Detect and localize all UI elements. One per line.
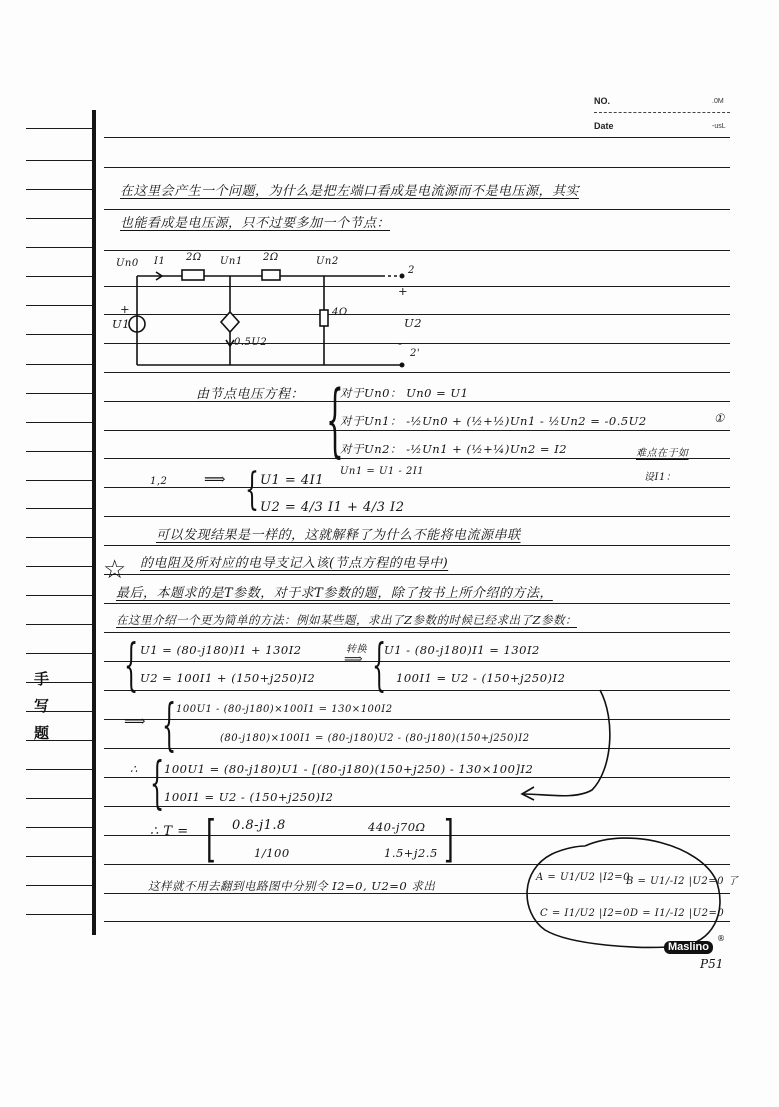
- ruled-line: [104, 372, 730, 373]
- margin-vertical-line: [92, 110, 96, 935]
- derivation-eq-1: 100U1 - (80-j180)×100I1 = 130×100I2: [176, 704, 393, 715]
- circuit-r2-label: 2Ω: [263, 252, 279, 263]
- circuit-node-un2: Un2: [316, 256, 339, 267]
- circuit-node-un1: Un1: [220, 256, 243, 267]
- margin-rule: [26, 595, 92, 596]
- discussion-line-3: 最后，本题求的是T参数，对于求T参数的题，除了按书上所介绍的方法，: [116, 582, 553, 601]
- therefore-mark: ∴: [130, 762, 138, 776]
- ruled-line: [104, 661, 730, 662]
- ruled-line: [104, 137, 730, 138]
- intro-line-2: 也能看成是电压源，只不过要多加一个节点：: [120, 212, 390, 231]
- margin-rule: [26, 885, 92, 886]
- node-eq-4: Un1 = U1 - 2I1: [340, 466, 424, 477]
- ruled-line: [104, 487, 730, 488]
- conclusion-a-def: A = U1/U2 |I2=0: [536, 872, 630, 883]
- margin-rule: [26, 914, 92, 915]
- margin-rule: [26, 653, 92, 654]
- circuit-node-un0: Un0: [116, 258, 139, 269]
- result-eq-2: U2 = 4/3 I1 + 4/3 I2: [260, 500, 404, 515]
- margin-rule: [26, 827, 92, 828]
- node-eq-2-tag: ①: [714, 411, 725, 425]
- page-number: P51: [700, 957, 723, 971]
- no-label: NO.: [594, 96, 610, 106]
- margin-rule: [26, 364, 92, 365]
- date-label: Date: [594, 121, 614, 131]
- margin-rule: [26, 624, 92, 625]
- circuit-r1-label: 2Ω: [186, 252, 202, 263]
- ruled-line: [104, 632, 730, 633]
- circuit-plus-right: +: [398, 284, 408, 298]
- ruled-line: [104, 690, 730, 691]
- ruled-line: [104, 835, 730, 836]
- node-eq-3: 对于Un2： -½Un1 + (½+¼)Un2 = I2: [340, 441, 567, 457]
- margin-rule: [26, 276, 92, 277]
- circuit-r3-label: 4Ω: [332, 307, 348, 318]
- circuit-minus-right: -: [398, 336, 402, 350]
- no-value: .0M: [712, 98, 724, 105]
- ruled-line: [104, 921, 730, 922]
- margin-rule: [26, 422, 92, 423]
- ruled-line: [104, 806, 730, 807]
- ruled-line: [104, 864, 730, 865]
- ruled-line: [104, 209, 730, 210]
- discussion-line-1: 可以发现结果是一样的，这就解释了为什么不能将电流源串联: [156, 524, 521, 543]
- ruled-line: [104, 430, 730, 431]
- transformed-eq-2: 100I1 = U2 - (150+j250)I2: [396, 671, 565, 685]
- side-note-2: 设I1：: [644, 468, 676, 483]
- t-matrix-prefix: ∴ T =: [150, 824, 189, 839]
- derivation-arrow: ⟹: [124, 712, 146, 730]
- node-eq-2: 对于Un1： -½Un0 + (½+½)Un1 - ½Un2 = -0.5U2: [340, 413, 647, 429]
- star-mark-icon: ☆: [103, 555, 126, 585]
- conclusion-d-def: D = I1/-I2 |U2=0: [630, 908, 724, 919]
- margin-rule: [26, 128, 92, 129]
- date-value: -usL: [712, 123, 726, 130]
- circuit-source-u1: U1: [112, 317, 130, 331]
- margin-rule: [26, 218, 92, 219]
- margin-rule: [26, 451, 92, 452]
- margin-rule: [26, 508, 92, 509]
- derivation-brace-2: {: [150, 756, 164, 812]
- discussion-line-2: 的电阻及所对应的电导支记入该(节点方程的电导中): [140, 552, 448, 571]
- margin-rule: [26, 769, 92, 770]
- z-eq-2: U2 = 100I1 + (150+j250)I2: [140, 671, 315, 685]
- margin-rule: [26, 856, 92, 857]
- transform-arrow: ⟹: [344, 652, 363, 667]
- ruled-line: [104, 516, 730, 517]
- t-matrix-d: 1.5+j2.5: [384, 846, 438, 860]
- circuit-port-top: 2: [408, 265, 415, 276]
- ruled-line: [104, 167, 730, 168]
- conclusion-c-def: C = I1/U2 |I2=0: [540, 908, 630, 919]
- header-dotted-rule: [594, 112, 730, 113]
- derivation-brace-1: {: [162, 698, 176, 754]
- margin-rule: [26, 247, 92, 248]
- node-eq-1: 对于Un0： Un0 = U1: [340, 385, 468, 401]
- notebook-page: NO. .0M Date -usL 手 写 题: [0, 0, 779, 1107]
- derivation-eq-3: 100U1 = (80-j180)U1 - [(80-j180)(150+j25…: [164, 762, 533, 776]
- margin-rule: [26, 189, 92, 190]
- circuit-current-i1: I1: [154, 256, 165, 267]
- margin-note-char: 题: [34, 722, 49, 743]
- circuit-port-bottom: 2': [410, 348, 420, 359]
- z-eq-brace: {: [124, 638, 138, 694]
- margin-rule: [26, 566, 92, 567]
- margin-rule: [26, 160, 92, 161]
- result-ref: 1,2: [150, 476, 167, 487]
- circuit-diagram: [112, 250, 432, 370]
- margin-rule: [26, 305, 92, 306]
- ruled-line: [104, 748, 730, 749]
- margin-note-char: 手: [34, 668, 49, 689]
- t-matrix-a: 0.8-j1.8: [232, 818, 286, 833]
- margin-rule: [26, 480, 92, 481]
- ruled-line: [104, 777, 730, 778]
- t-matrix-c: 1/100: [254, 846, 290, 860]
- ruled-line: [104, 603, 730, 604]
- margin-rule: [26, 798, 92, 799]
- circuit-u2-label: U2: [404, 316, 422, 330]
- circuit-plus-left: +: [120, 302, 130, 316]
- registered-mark: ®: [717, 934, 725, 943]
- margin-rule: [26, 334, 92, 335]
- result-eq-1: U1 = 4I1: [260, 473, 324, 488]
- side-note-1: 难点在于如: [636, 444, 689, 459]
- derivation-eq-2: (80-j180)×100I1 = (80-j180)U2 - (80-j180…: [220, 733, 530, 744]
- ruled-line: [104, 574, 730, 575]
- t-matrix-right-bracket: ]: [444, 814, 454, 864]
- margin-rule: [26, 537, 92, 538]
- margin-rule: [26, 393, 92, 394]
- transformed-eq-1: U1 - (80-j180)I1 = 130I2: [384, 643, 540, 657]
- brand-logo: Maslino: [664, 941, 713, 954]
- implies-arrow: ⟹: [204, 470, 226, 488]
- ruled-line: [104, 719, 730, 720]
- intro-line-1: 在这里会产生一个问题，为什么是把左端口看成是电流源而不是电压源，其实: [120, 180, 579, 199]
- derivation-eq-4: 100I1 = U2 - (150+j250)I2: [164, 790, 333, 804]
- node-equations-title: 由节点电压方程：: [196, 383, 304, 402]
- conclusion-b-def: B = U1/-I2 |U2=0 了: [626, 872, 738, 887]
- result-brace: {: [245, 468, 259, 512]
- circuit-dependent-source: 0.5U2: [234, 337, 267, 348]
- margin-note-char: 写: [34, 695, 49, 716]
- ruled-line: [104, 545, 730, 546]
- z-eq-1: U1 = (80-j180)I1 + 130I2: [140, 643, 302, 657]
- conclusion-text: 这样就不用去翻到电路图中分别令 I2=0, U2=0 求出: [148, 878, 435, 894]
- t-matrix-left-bracket: [: [206, 814, 216, 864]
- discussion-line-4: 在这里介绍一个更为简单的方法：例如某些题，求出了Z参数的时候已经求出了Z参数：: [116, 612, 577, 628]
- t-matrix-b: 440-j70Ω: [368, 820, 426, 834]
